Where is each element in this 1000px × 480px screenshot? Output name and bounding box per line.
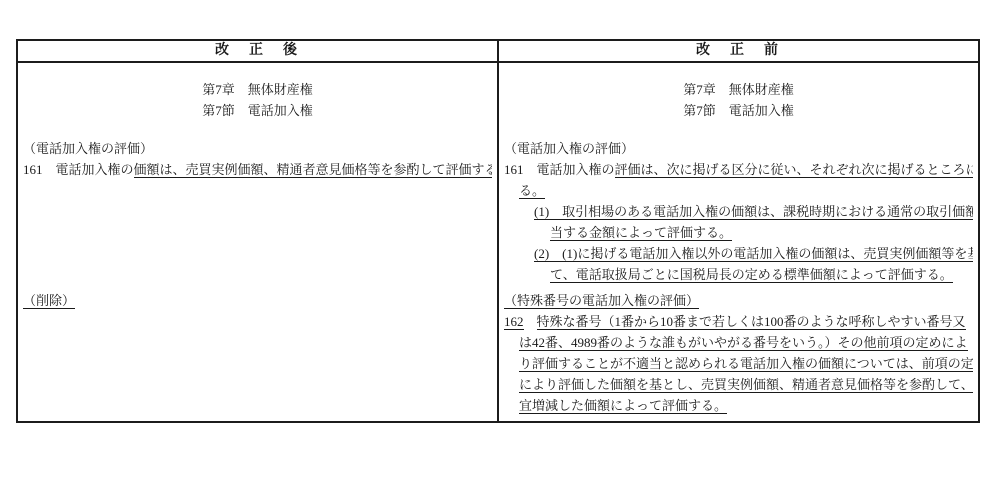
column-body-after: 第7章 無体財産権第7節 電話加入権（電話加入権の評価）161 電話加入権の価額… <box>18 63 497 421</box>
underlined-text: により評価した価額を基とし、売買実例価額、精通者意見価格等を参酌して、適 <box>519 377 973 393</box>
article-162-line-4: により評価した価額を基とし、売買実例価額、精通者意見価格等を参酌して、適 <box>504 374 973 395</box>
plain-text: （電話加入権の評価） <box>504 141 634 156</box>
item-2-line-2: て、電話取扱局ごとに国税局長の定める標準価額によって評価する。 <box>504 264 973 285</box>
underlined-text: 宜増減した価額によって評価する。 <box>519 398 727 414</box>
paragraph-heading-telephone-valuation: （電話加入権の評価） <box>23 138 492 159</box>
underlined-text: て、電話取扱局ごとに国税局長の定める標準価額によって評価する。 <box>550 267 953 283</box>
plain-text: 161 電話加入権の <box>504 162 615 177</box>
underlined-text: る。 <box>519 183 545 199</box>
article-161-line-2: る。 <box>504 180 973 201</box>
underlined-text: (2) (1)に掲げる電話加入権以外の電話加入権の価額は、売買実例価額等を基とし <box>534 246 973 262</box>
underlined-text: 評価は、次に掲げる区分に従い、それぞれ次に掲げるところによ <box>615 162 973 178</box>
underlined-text: は42番、4989番のような誰もがいやがる番号をいう。）その他前項の定めによ <box>519 335 968 351</box>
page: 改 正 後 第7章 無体財産権第7節 電話加入権（電話加入権の評価）161 電話… <box>0 0 1000 480</box>
plain-text: 第7章 無体財産権 <box>202 82 313 97</box>
underlined-text: (1) 取引相場のある電話加入権の価額は、課税時期における通常の取引価額に相 <box>534 204 973 220</box>
column-body-before: 第7章 無体財産権第7節 電話加入権（電話加入権の評価）161 電話加入権の評価… <box>499 63 978 421</box>
plain-text: （電話加入権の評価） <box>23 141 153 156</box>
underlined-text: （特殊番号の電話加入権の評価） <box>504 293 699 309</box>
plain-text: 第7節 電話加入権 <box>202 103 313 118</box>
plain-text: 第7章 無体財産権 <box>683 82 794 97</box>
paragraph-heading-telephone-valuation: （電話加入権の評価） <box>504 138 973 159</box>
column-header-after: 改 正 後 <box>18 41 497 63</box>
plain-text: 第7節 電話加入権 <box>683 103 794 118</box>
plain-text <box>524 314 537 329</box>
section-heading: 第7節 電話加入権 <box>504 100 973 121</box>
item-2-line-1: (2) (1)に掲げる電話加入権以外の電話加入権の価額は、売買実例価額等を基とし <box>504 243 973 264</box>
article-162-line-2: は42番、4989番のような誰もがいやがる番号をいう。）その他前項の定めによ <box>504 332 973 353</box>
deleted-note: （削除） <box>23 290 492 311</box>
item-1-line-2: 当する金額によって評価する。 <box>504 222 973 243</box>
item-1-line-1: (1) 取引相場のある電話加入権の価額は、課税時期における通常の取引価額に相 <box>504 201 973 222</box>
underlined-text: 特殊な番号（1番から10番まで若しくは100番のような呼称しやすい番号又 <box>537 314 966 330</box>
underlined-text: 162 <box>504 314 524 330</box>
section-heading: 第7節 電話加入権 <box>23 100 492 121</box>
article-162-line-3: り評価することが不適当と認められる電話加入権の価額については、前項の定め <box>504 353 973 374</box>
plain-text: 161 電話加入権の <box>23 162 134 177</box>
column-header-before: 改 正 前 <box>499 41 978 63</box>
article-161-line-1: 161 電話加入権の評価は、次に掲げる区分に従い、それぞれ次に掲げるところによ <box>504 159 973 180</box>
chapter-heading: 第7章 無体財産権 <box>23 79 492 100</box>
chapter-heading: 第7章 無体財産権 <box>504 79 973 100</box>
underlined-text: り評価することが不適当と認められる電話加入権の価額については、前項の定め <box>519 356 973 372</box>
paragraph-heading-special-number: （特殊番号の電話加入権の評価） <box>504 290 973 311</box>
column-revised-after: 改 正 後 第7章 無体財産権第7節 電話加入権（電話加入権の評価）161 電話… <box>18 41 499 421</box>
article-162-line-5: 宜増減した価額によって評価する。 <box>504 395 973 416</box>
article-162-line-1: 162 特殊な番号（1番から10番まで若しくは100番のような呼称しやすい番号又 <box>504 311 973 332</box>
column-revised-before: 改 正 前 第7章 無体財産権第7節 電話加入権（電話加入権の評価）161 電話… <box>499 41 978 421</box>
revision-comparison-table: 改 正 後 第7章 無体財産権第7節 電話加入権（電話加入権の評価）161 電話… <box>16 39 980 423</box>
underlined-text: （削除） <box>23 293 75 309</box>
underlined-text: 当する金額によって評価する。 <box>550 225 732 241</box>
underlined-text: 価額は、売買実例価額、精通者意見価格等を参酌して評価する。 <box>134 162 492 178</box>
article-161-line-1: 161 電話加入権の価額は、売買実例価額、精通者意見価格等を参酌して評価する。 <box>23 159 492 180</box>
